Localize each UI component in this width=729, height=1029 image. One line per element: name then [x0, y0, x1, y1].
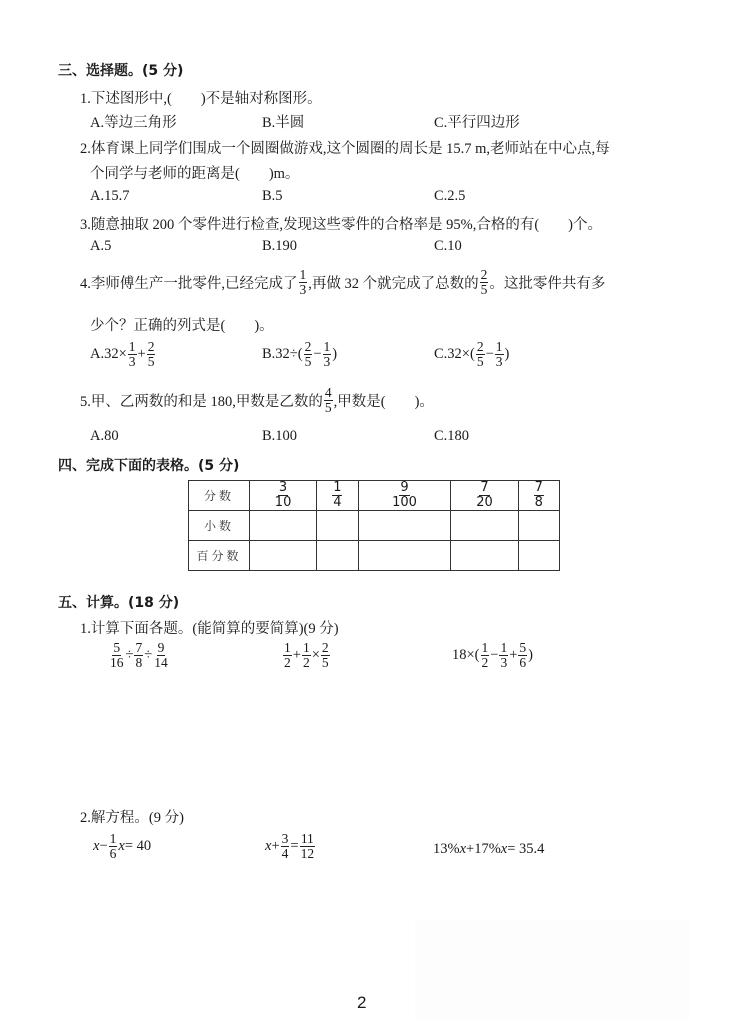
percent-answer-cell[interactable] [451, 541, 518, 571]
equation-1: x − 16 x = 40 [93, 832, 151, 861]
equation-2: x + 34 = 1112 [265, 832, 316, 861]
q4-part3: 。这批零件共有多 [489, 272, 605, 293]
percent-answer-cell[interactable] [250, 541, 317, 571]
q2-line2: 个同学与老师的距离是( )m。 [90, 162, 299, 183]
equation-3: 13%x+17%x = 35.4 [433, 841, 544, 858]
fraction-cell: 720 [451, 481, 518, 511]
calc-expression-3: 18×( 12 − 13 + 56 ) [452, 641, 533, 670]
percent-answer-cell[interactable] [518, 541, 559, 571]
table-row-decimal: 小数 [189, 511, 560, 541]
q4-fraction-2: 25 [480, 268, 489, 297]
q4-option-b: B.32÷( 25 − 13 ) [262, 340, 337, 369]
decimal-answer-cell[interactable] [250, 511, 317, 541]
decimal-answer-cell[interactable] [451, 511, 518, 541]
equation-subtitle: 2.解方程。(9 分) [80, 806, 184, 827]
q5-option-b: B.100 [262, 428, 297, 445]
calc-answer-space[interactable] [100, 680, 700, 800]
fraction-cell: 14 [317, 481, 358, 511]
q5-option-c: C.180 [434, 428, 469, 445]
section3-title: 三、选择题。(5 分) [58, 60, 183, 80]
q1-text: 1.下述图形中,( )不是轴对称图形。 [80, 87, 322, 108]
decimal-answer-cell[interactable] [358, 511, 451, 541]
percent-answer-cell[interactable] [358, 541, 451, 571]
section5-title: 五、计算。(18 分) [58, 592, 179, 612]
q1-option-c: C.平行四边形 [434, 111, 520, 132]
q2-option-b: B.5 [262, 188, 283, 205]
q4-option-a: A.32× 13 + 25 [90, 340, 156, 369]
calc-subtitle: 1.计算下面各题。(能简算的要简算)(9 分) [80, 617, 339, 638]
conversion-table: 分数 310 14 9100 720 78 小数 百分数 [188, 480, 560, 571]
q4-fraction-1: 13 [299, 268, 308, 297]
fraction-cell: 9100 [358, 481, 451, 511]
q5-option-a: A.80 [90, 428, 119, 445]
table-row-percent: 百分数 [189, 541, 560, 571]
q4-line2: 少个？正确的列式是( )。 [90, 314, 274, 335]
q5-fraction: 45 [324, 386, 333, 415]
fraction-cell: 310 [250, 481, 317, 511]
faint-background-patch [415, 920, 690, 1020]
q4-option-c: C.32×( 25 − 13 ) [434, 340, 509, 369]
decimal-answer-cell[interactable] [518, 511, 559, 541]
row-label-decimal: 小数 [189, 511, 250, 541]
q2-line1: 2.体育课上同学们围成一个圆圈做游戏,这个圆圈的周长是 15.7 m,老师站在中… [80, 137, 610, 158]
q1-option-a: A.等边三角形 [90, 111, 177, 132]
table-row-fraction: 分数 310 14 9100 720 78 [189, 481, 560, 511]
q1-option-b: B.半圆 [262, 111, 304, 132]
page-number: 2 [357, 993, 366, 1013]
row-label-fraction: 分数 [189, 481, 250, 511]
q3-option-a: A.5 [90, 238, 111, 255]
q3-option-b: B.190 [262, 238, 297, 255]
calc-expression-1: 516 ÷ 78 ÷ 914 [108, 641, 170, 670]
q2-option-a: A.15.7 [90, 188, 129, 205]
section4-title: 四、完成下面的表格。(5 分) [58, 455, 239, 475]
q2-option-c: C.2.5 [434, 188, 465, 205]
percent-answer-cell[interactable] [317, 541, 358, 571]
q4-line1: 4.李师傅生产一批零件,已经完成了 13 ,再做 32 个就完成了总数的 25 … [80, 268, 605, 297]
q3-text: 3.随意抽取 200 个零件进行检查,发现这些零件的合格率是 95%,合格的有(… [80, 213, 602, 234]
fraction-cell: 78 [518, 481, 559, 511]
q3-option-c: C.10 [434, 238, 462, 255]
q4-part1: 4.李师傅生产一批零件,已经完成了 [80, 272, 298, 293]
calc-expression-2: 12 + 12 × 25 [282, 641, 331, 670]
q5-text: 5.甲、乙两数的和是 180,甲数是乙数的 45 ,甲数是( )。 [80, 386, 434, 415]
decimal-answer-cell[interactable] [317, 511, 358, 541]
row-label-percent: 百分数 [189, 541, 250, 571]
q4-part2: ,再做 32 个就完成了总数的 [308, 272, 478, 293]
